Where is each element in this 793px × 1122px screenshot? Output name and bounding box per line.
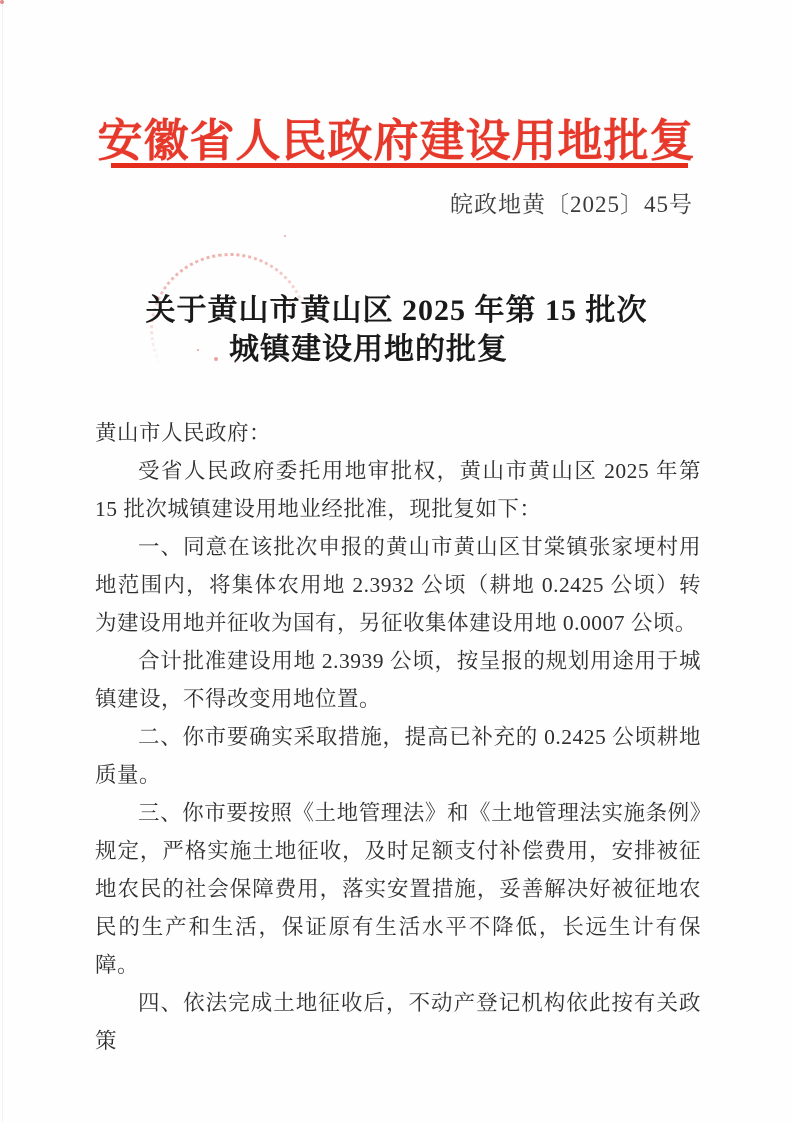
seal-ink-speckles (0, 0, 4, 4)
paragraph-item-1-total: 合计批准建设用地 2.3939 公顷，按呈报的规划用途用于城镇建设，不得改变用地… (95, 642, 701, 718)
document-number: 皖政地黄〔2025〕45号 (0, 186, 693, 219)
document-page: 安徽省人民政府建设用地批复 皖政地黄〔2025〕45号 关于黄山市黄山区 202… (0, 0, 793, 1122)
letterhead-divider-rule (111, 163, 688, 168)
document-title: 关于黄山市黄山区 2025 年第 15 批次 城镇建设用地的批复 (0, 291, 793, 369)
document-body: 黄山市人民政府： 受省人民政府委托用地审批权，黄山市黄山区 2025 年第 15… (95, 414, 701, 1060)
paragraph-item-3: 三、你市要按照《土地管理法》和《土地管理法实施条例》规定，严格实施土地征收，及时… (95, 794, 701, 984)
document-title-line1: 关于黄山市黄山区 2025 年第 15 批次 (146, 294, 648, 327)
paragraph-item-2: 二、你市要确实采取措施，提高已补充的 0.2425 公顷耕地质量。 (95, 718, 701, 794)
paragraph-item-4: 四、依法完成土地征收后，不动产登记机构依此按有关政策 (95, 984, 701, 1060)
document-title-line2: 城镇建设用地的批复 (0, 330, 765, 369)
paragraph-item-1: 一、同意在该批次申报的黄山市黄山区甘棠镇张家埂村用地范围内，将集体农用地 2.3… (95, 528, 701, 642)
letterhead-title: 安徽省人民政府建设用地批复 (0, 104, 793, 169)
salutation: 黄山市人民政府： (95, 414, 701, 452)
paragraph-intro: 受省人民政府委托用地审批权，黄山市黄山区 2025 年第 15 批次城镇建设用地… (95, 452, 701, 528)
